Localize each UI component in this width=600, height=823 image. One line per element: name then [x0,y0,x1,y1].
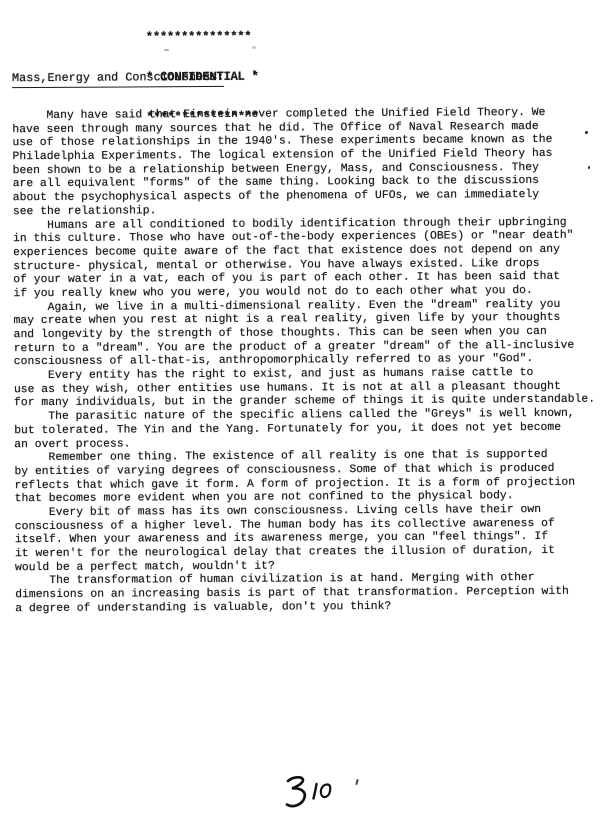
scan-speck [253,70,255,74]
scan-speck [585,131,588,134]
stamp-border-top: *************** [146,30,259,44]
text-line: a degree of understanding is valuable, d… [15,599,596,616]
scan-speck [588,166,590,169]
scanned-content: *************** * CONFIDENTIAL * *******… [0,0,600,823]
handwritten-page-number [280,775,360,817]
scan-speck [252,46,256,49]
document-page: *************** * CONFIDENTIAL * *******… [0,0,600,823]
document-title: Mass,Energy and Consciousness: [12,70,224,88]
handwritten-310-drawing [280,775,360,817]
scan-speck [164,49,169,51]
document-body: Many have said that Einstein never compl… [12,107,596,617]
